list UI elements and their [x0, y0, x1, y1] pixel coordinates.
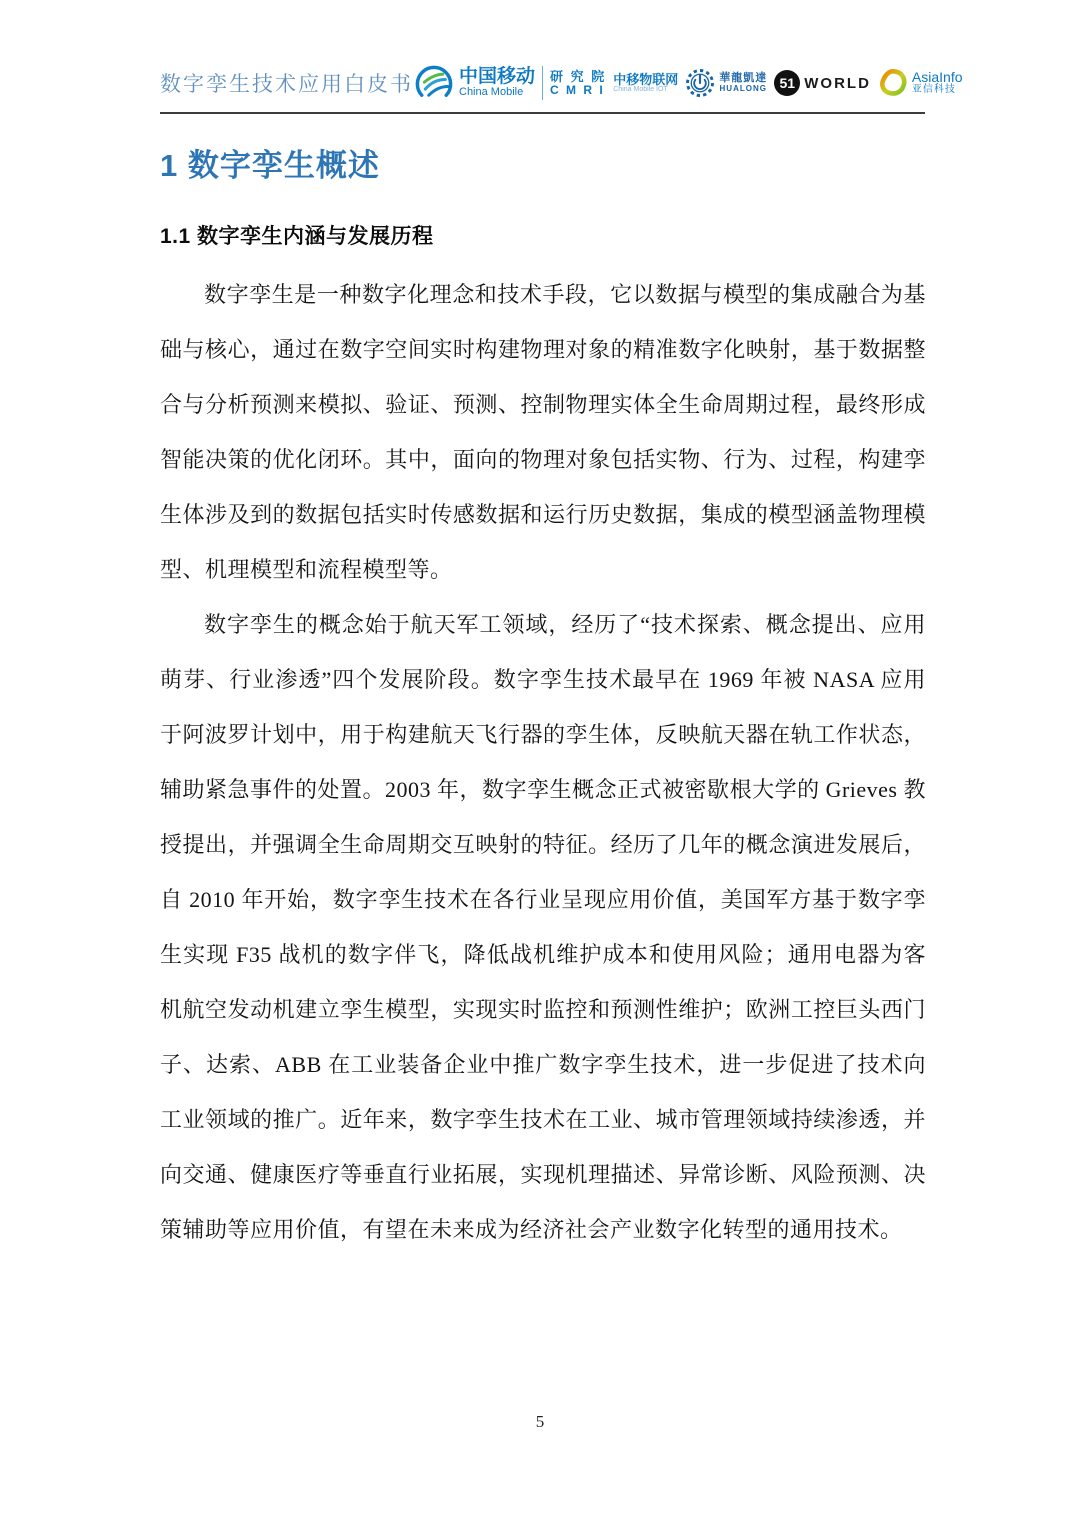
document-page: 数字孪生技术应用白皮书 中国移动 China Mobile 研 究 院	[0, 0, 1080, 1527]
iot-cn: 中移物联网	[613, 73, 678, 87]
logo-divider	[542, 66, 543, 100]
china-mobile-en: China Mobile	[459, 87, 523, 99]
asiainfo-wordmark: AsiaInfo 亚信科技	[912, 70, 963, 95]
cmri-cn: 研 究 院	[550, 70, 606, 84]
body-paragraph-2: 数字孪生的概念始于航天军工领域，经历了“技术探索、概念提出、应用萌芽、行业渗透”…	[160, 597, 926, 1257]
body-paragraph-1: 数字孪生是一种数字化理念和技术手段，它以数据与模型的集成融合为基础与核心，通过在…	[160, 267, 926, 597]
subsection-heading: 1.1 数字孪生内涵与发展历程	[160, 220, 434, 250]
hualong-wordmark: 華龍凱達 HUALONG	[719, 73, 767, 93]
page-number: 5	[0, 1412, 1080, 1432]
cmri-en: C M R I	[550, 84, 605, 97]
section-heading: 1 数字孪生概述	[160, 140, 380, 185]
asiainfo-cn: 亚信科技	[912, 85, 956, 96]
page-header: 数字孪生技术应用白皮书 中国移动 China Mobile 研 究 院	[160, 58, 925, 108]
iot-wordmark: 中移物联网 China Mobile IOT	[613, 73, 678, 94]
hualong-en: HUALONG	[720, 85, 767, 93]
asiainfo-swirl-icon	[878, 68, 908, 98]
logo-asiainfo: AsiaInfo 亚信科技	[878, 68, 963, 98]
logo-china-mobile-iot: 中移物联网 China Mobile IOT	[613, 73, 678, 94]
51world-text: WORLD	[804, 75, 871, 92]
header-divider	[160, 112, 925, 114]
china-mobile-swirl-icon	[413, 62, 455, 104]
logo-cmri: 研 究 院 C M R I	[550, 70, 606, 96]
china-mobile-wordmark: 中国移动 China Mobile	[459, 67, 535, 98]
hualong-cn: 華龍凱達	[719, 73, 767, 85]
iot-en: China Mobile IOT	[613, 86, 667, 93]
china-mobile-cn: 中国移动	[459, 67, 535, 87]
gear-power-icon	[685, 68, 715, 98]
body-text: 数字孪生是一种数字化理念和技术手段，它以数据与模型的集成融合为基础与核心，通过在…	[160, 267, 926, 1257]
logo-51world: 51 WORLD	[774, 70, 871, 96]
51-badge-icon: 51	[774, 70, 800, 96]
header-logos: 中国移动 China Mobile 研 究 院 C M R I 中移物联网 Ch…	[413, 62, 963, 104]
cmri-wordmark: 研 究 院 C M R I	[550, 70, 606, 96]
logo-china-mobile: 中国移动 China Mobile	[413, 62, 535, 104]
logo-hualong: 華龍凱達 HUALONG	[685, 68, 767, 98]
header-doc-title: 数字孪生技术应用白皮书	[160, 68, 413, 98]
asiainfo-en: AsiaInfo	[912, 70, 963, 85]
